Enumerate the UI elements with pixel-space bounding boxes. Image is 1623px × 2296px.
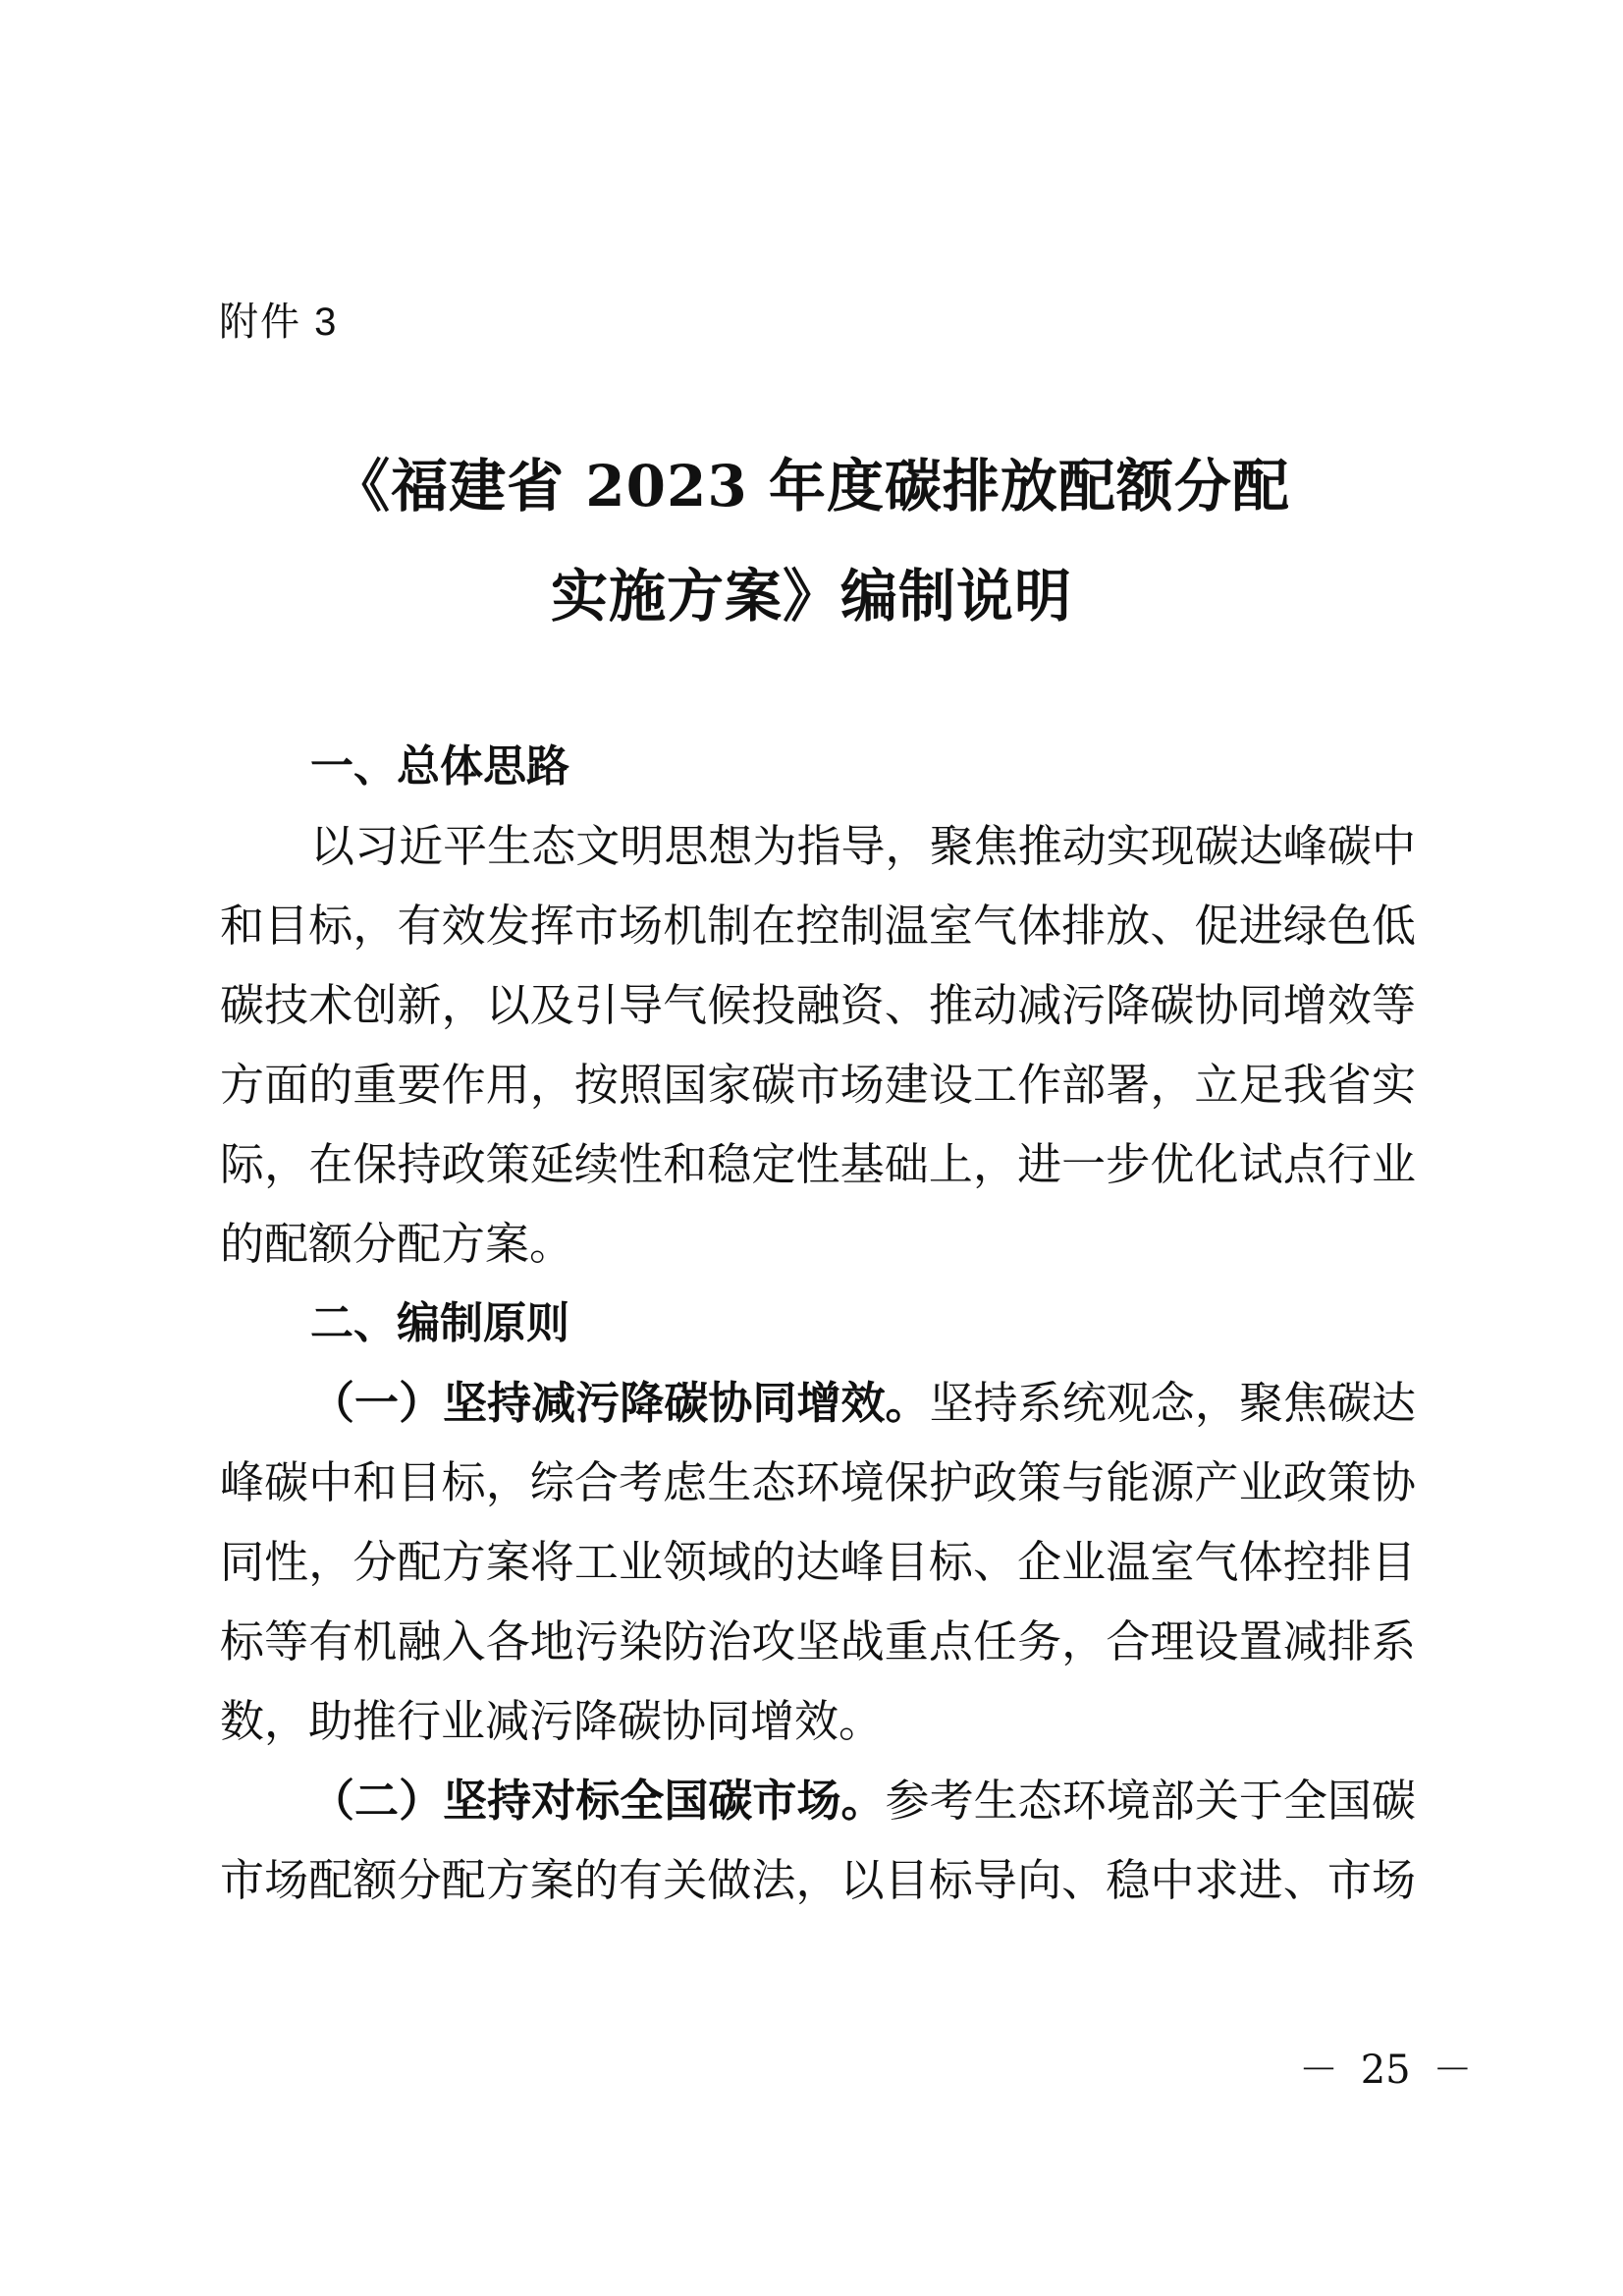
principle-1-first-line: （一）坚持减污降碳协同增效。坚持系统观念，聚焦碳达 xyxy=(220,1363,1416,1443)
paragraph-line: 和目标，有效发挥市场机制在控制温室气体排放、促进绿色低 xyxy=(220,886,1416,965)
paragraph-line: 碳技术创新，以及引导气候投融资、推动减污降碳协同增效等 xyxy=(220,965,1416,1045)
principle-2-lead: （二）坚持对标全国碳市场。 xyxy=(310,1775,886,1827)
paragraph-line: 峰碳中和目标，综合考虑生态环境保护政策与能源产业政策协 xyxy=(220,1443,1416,1522)
document-title-line-2: 实施方案》编制说明 xyxy=(0,550,1623,632)
paragraph-line: 同性，分配方案将工业领域的达峰目标、企业温室气体控排目 xyxy=(220,1522,1416,1602)
section-heading-overall-approach: 一、总体思路 xyxy=(220,727,1416,806)
paragraph-line: 标等有机融入各地污染防治攻坚战重点任务，合理设置减排系 xyxy=(220,1602,1416,1681)
attachment-label: 附件 3 xyxy=(219,291,338,347)
principle-2-first-line: （二）坚持对标全国碳市场。参考生态环境部关于全国碳 xyxy=(220,1761,1416,1840)
principle-1-text: 坚持系统观念，聚焦碳达 xyxy=(930,1377,1416,1429)
paragraph-line: 的配额分配方案。 xyxy=(220,1204,1416,1284)
paragraph-line: 以习近平生态文明思想为指导，聚焦推动实现碳达峰碳中 xyxy=(220,806,1416,886)
section-heading-principles: 二、编制原则 xyxy=(220,1284,1416,1363)
document-body: 一、总体思路 以习近平生态文明思想为指导，聚焦推动实现碳达峰碳中 和目标，有效发… xyxy=(220,727,1416,1920)
principle-1-lead: （一）坚持减污降碳协同增效。 xyxy=(310,1377,930,1429)
paragraph-line: 方面的重要作用，按照国家碳市场建设工作部署，立足我省实 xyxy=(220,1045,1416,1124)
paragraph-line: 际，在保持政策延续性和稳定性基础上，进一步优化试点行业 xyxy=(220,1124,1416,1204)
page-number: － 25 － xyxy=(1299,2039,1472,2095)
principle-2-text: 参考生态环境部关于全国碳 xyxy=(886,1775,1416,1827)
paragraph-line: 市场配额分配方案的有关做法，以目标导向、稳中求进、市场 xyxy=(220,1840,1416,1920)
document-page: 附件 3 《福建省 2023 年度碳排放配额分配 实施方案》编制说明 一、总体思… xyxy=(0,0,1623,2296)
document-title-line-1: 《福建省 2023 年度碳排放配额分配 xyxy=(0,440,1623,522)
paragraph-line: 数，助推行业减污降碳协同增效。 xyxy=(220,1681,1416,1761)
